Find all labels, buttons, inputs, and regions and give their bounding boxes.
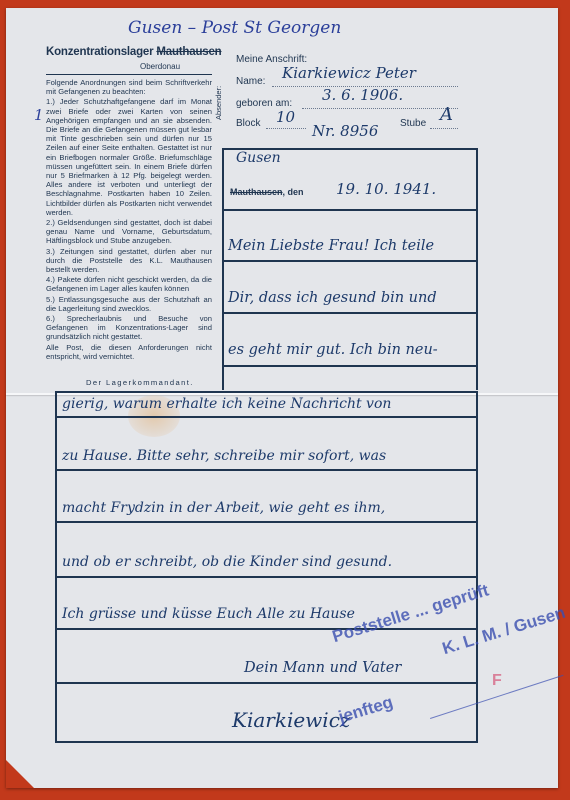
regulations-text: Folgende Anordnungen sind beim Schriftve… xyxy=(46,78,212,362)
rule-line xyxy=(57,682,476,684)
rule-line xyxy=(224,312,476,314)
block-line xyxy=(266,128,306,129)
place-handwritten: Gusen xyxy=(236,150,281,166)
rule-line xyxy=(224,209,476,211)
rule-line xyxy=(224,365,476,367)
letter-line: Ich grüsse und küsse Euch Alle zu Hause xyxy=(62,606,355,622)
rule-line xyxy=(57,576,476,578)
letter-line: Mein Liebste Frau! Ich teile xyxy=(228,238,434,254)
regulation-item: 2.) Geldsendungen sind gestattet, doch i… xyxy=(46,218,212,246)
regulation-item: 6.) Sprecherlaubnis und Besuche von Gefa… xyxy=(46,314,212,342)
camp-region: Oberdonau xyxy=(140,62,180,71)
letter-signature: Kiarkiewicz xyxy=(232,708,350,732)
born-line xyxy=(302,108,458,109)
sender-side-label: Absender: xyxy=(214,86,223,120)
place-printed-struck: Mauthausen xyxy=(230,187,283,197)
date-label: , den xyxy=(283,187,304,197)
camp-title-prefix: Konzentrationslager xyxy=(46,46,153,58)
letter-line: gierig, warum erhalte ich keine Nachrich… xyxy=(62,396,391,412)
folded-corner xyxy=(6,760,34,788)
regulation-item: 1.) Jeder Schutzhaftgefangene darf im Mo… xyxy=(46,97,212,217)
regulation-item: 3.) Zeitungen sind gestattet, dürfen abe… xyxy=(46,247,212,275)
rule-line xyxy=(224,260,476,262)
camp-title-struck: Mauthausen xyxy=(156,46,221,58)
margin-mark: 1 xyxy=(34,106,44,124)
letter-closing: Dein Mann und Vater xyxy=(244,660,401,676)
letter-date: 19. 10. 1941. xyxy=(336,180,436,198)
prisoner-number: Nr. 8956 xyxy=(312,122,378,140)
letter-line: macht Frydzin in der Arbeit, wie geht es… xyxy=(62,500,385,516)
rule-line xyxy=(57,521,476,523)
name-label: Name: xyxy=(236,76,265,87)
block-label: Block xyxy=(236,118,260,129)
room-value: A xyxy=(440,104,453,125)
camp-title: Konzentrationslager Mauthausen xyxy=(46,46,221,58)
room-line xyxy=(430,128,458,129)
red-mark: F xyxy=(492,672,502,690)
room-label: Stube xyxy=(400,118,426,129)
rule-line xyxy=(57,628,476,630)
letter-line: es geht mir gut. Ich bin neu- xyxy=(228,342,438,358)
title-rule xyxy=(46,74,212,75)
rule-line xyxy=(57,469,476,471)
name-value: Kiarkiewicz Peter xyxy=(282,64,416,82)
letter-line: zu Hause. Bitte sehr, schreibe mir sofor… xyxy=(62,448,386,464)
commandant-signature: Der Lagerkommandant. xyxy=(86,378,194,387)
rule-line xyxy=(57,416,476,418)
regulations-intro: Folgende Anordnungen sind beim Schriftve… xyxy=(46,78,212,96)
letter-line: und ob er schreibt, ob die Kinder sind g… xyxy=(62,554,392,570)
letter-line: Dir, dass ich gesund bin und xyxy=(228,290,437,306)
born-value: 3. 6. 1906. xyxy=(322,86,403,104)
place-printed: Mauthausen, den xyxy=(230,187,304,197)
regulation-item: 4.) Pakete dürfen nicht geschickt werden… xyxy=(46,275,212,293)
handwritten-address-note: Gusen – Post St Georgen xyxy=(128,18,341,38)
block-value: 10 xyxy=(276,108,295,126)
regulation-item: 5.) Entlassungsgesuche aus der Schutzhaf… xyxy=(46,295,212,313)
regulation-item: Alle Post, die diesen Anforderungen nich… xyxy=(46,343,212,361)
